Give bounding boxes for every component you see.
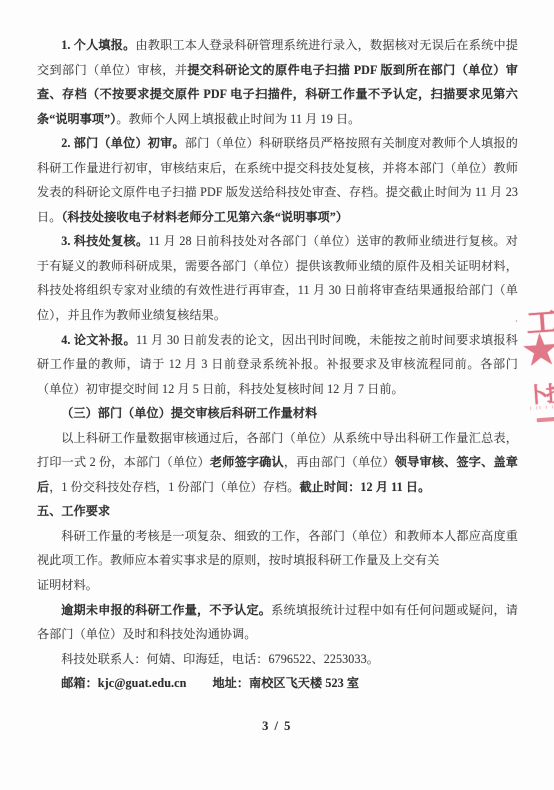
seal-character-bottom: 卜技 — [526, 377, 554, 410]
text-run: 。教师个人网上填报截止时间为 11 月 19 日。 — [116, 112, 360, 126]
text-run: ，1 份交科技处存档，1 份部门（单位）存档。 — [49, 480, 299, 494]
seal-fine-print: ı ıı ı ı — [530, 404, 554, 412]
seal-star-icon: ★ — [519, 329, 554, 374]
email-label: 邮箱：kjc@guat.edu.cn — [61, 676, 186, 690]
paragraph-overdue-notice: 逾期未申报的科研工作量，不予认定。系统填报统计过程中如有任何问题或疑问，请各部门… — [37, 598, 518, 647]
paragraph-summary-table-submission: 以上科研工作量数据审核通过后，各部门（单位）从系统中导出科研工作量汇总表，打印一… — [37, 426, 518, 500]
paragraph-contact-persons: 科技处联系人：何婧、印海廷，电话：6796522、2253033。 — [37, 647, 518, 672]
paragraph-email-and-address: 邮箱：kjc@guat.edu.cn地址：南校区飞天楼 523 室 — [37, 671, 518, 696]
address-label: 地址：南校区飞天楼 523 室 — [212, 676, 359, 690]
paragraph-department-initial-review: 2. 部门（单位）初审。部门（单位）科研联络员严格按照有关制度对教师个人填报的科… — [37, 131, 518, 229]
text-run-bold: （科技处接收电子材料老师分工见第六条“说明事项”） — [61, 210, 348, 224]
list-item-lead: 1. 个人填报。 — [61, 38, 135, 52]
heading-section-five-work-requirements: 五、工作要求 — [37, 499, 518, 524]
text-run-bold: 截止时间：12 月 11 日。 — [299, 480, 430, 494]
paragraph-sci-tech-office-recheck: 3. 科技处复核。11 月 28 日前科技处对各部门（单位）送审的教师业绩进行复… — [37, 229, 518, 327]
paragraph-work-requirements-body: 科研工作量的考核是一项复杂、细致的工作，各部门（单位）和教师本人都应高度重视此项… — [37, 524, 518, 573]
paragraph-certificate-materials: 证明材料。 — [37, 573, 518, 598]
list-item-lead: 2. 部门（单位）初审。 — [61, 136, 185, 150]
text-run-bold: 老师签字确认 — [210, 455, 284, 469]
list-item-lead: 3. 科技处复核。 — [61, 234, 148, 248]
seal-border-fragment — [537, 417, 554, 423]
text-run-bold: 逾期未申报的科研工作量，不予认定。 — [61, 603, 271, 617]
text-run: ，再由部门（单位） — [284, 455, 395, 469]
page-number: 3 / 5 — [0, 719, 554, 734]
seal-character-top: 工 — [525, 300, 554, 341]
list-item-lead: 4. 论文补报。 — [61, 333, 136, 347]
paragraph-individual-filing: 1. 个人填报。由教职工本人登录科研管理系统进行录入，数据核对无误后在系统中提交… — [37, 33, 518, 131]
red-official-seal-stamp: · 工 ★ 卜技 ı ıı ı ı — [513, 294, 554, 439]
scanned-document-page: 1. 个人填报。由教职工本人登录科研管理系统进行录入，数据核对无误后在系统中提交… — [0, 0, 554, 790]
paragraph-paper-supplementary-report: 4. 论文补报。11 月 30 日前发表的论文，因出刊时间晚，未能按之前时间要求… — [37, 328, 518, 402]
heading-section-three-submit-materials: （三）部门（单位）提交审核后科研工作量材料 — [37, 401, 518, 426]
